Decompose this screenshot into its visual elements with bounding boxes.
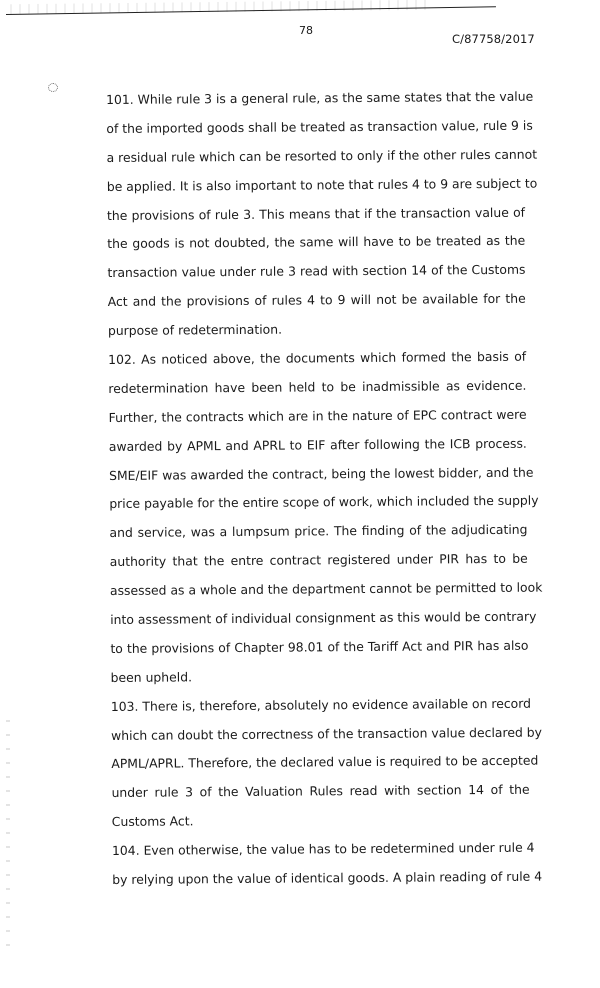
- text-line: be applied. It is also important to note…: [107, 169, 525, 201]
- paragraph-101: 101. While rule 3 is a general rule, as …: [106, 83, 526, 346]
- paragraph-103: 103. There is, therefore, absolutely no …: [111, 689, 530, 837]
- text-line: 103. There is, therefore, absolutely no …: [111, 689, 529, 721]
- text-line: the provisions of rule 3. This means tha…: [107, 198, 525, 230]
- margin-specks: [6, 720, 10, 950]
- text-line: which can doubt the correctness of the t…: [111, 718, 529, 750]
- text-line: authority that the entre contract regist…: [110, 545, 528, 577]
- paragraph-102: 102. As noticed above, the documents whi…: [108, 343, 529, 693]
- text-line: 104. Even otherwise, the value has to be…: [112, 834, 530, 866]
- text-line: APML/APRL. Therefore, the declared value…: [111, 747, 529, 779]
- text-line: into assessment of individual consignmen…: [110, 603, 528, 635]
- text-line: of the imported goods shall be treated a…: [106, 112, 524, 144]
- text-line: been upheld.: [111, 661, 529, 693]
- paragraph-104: 104. Even otherwise, the value has to be…: [112, 834, 530, 895]
- text-line: Customs Act.: [112, 805, 530, 837]
- text-line: 101. While rule 3 is a general rule, as …: [106, 83, 524, 115]
- page-number: 78: [299, 24, 313, 37]
- document-body: 101. While rule 3 is a general rule, as …: [106, 83, 530, 895]
- text-line: to the provisions of Chapter 98.01 of th…: [110, 632, 528, 664]
- text-line: a residual rule which can be resorted to…: [106, 140, 524, 172]
- text-line: price payable for the entire scope of wo…: [109, 487, 527, 519]
- text-line: under rule 3 of the Valuation Rules read…: [111, 776, 529, 808]
- text-line: Act and the provisions of rules 4 to 9 w…: [108, 285, 526, 317]
- text-line: the goods is not doubted, the same will …: [107, 227, 525, 259]
- text-line: redetermination have been held to be ina…: [108, 372, 526, 404]
- text-line: purpose of redetermination.: [108, 314, 526, 346]
- text-line: Further, the contracts which are in the …: [108, 401, 526, 433]
- text-line: and service, was a lumpsum price. The fi…: [109, 516, 527, 548]
- text-line: awarded by APML and APRL to EIF after fo…: [109, 429, 527, 461]
- text-line: SME/EIF was awarded the contract, being …: [109, 458, 527, 490]
- text-line: 102. As noticed above, the documents whi…: [108, 343, 526, 375]
- margin-mark-icon: [48, 83, 58, 92]
- text-line: by relying upon the value of identical g…: [112, 863, 530, 895]
- text-line: transaction value under rule 3 read with…: [107, 256, 525, 288]
- text-line: assessed as a whole and the department c…: [110, 574, 528, 606]
- case-number: C/87758/2017: [452, 32, 535, 46]
